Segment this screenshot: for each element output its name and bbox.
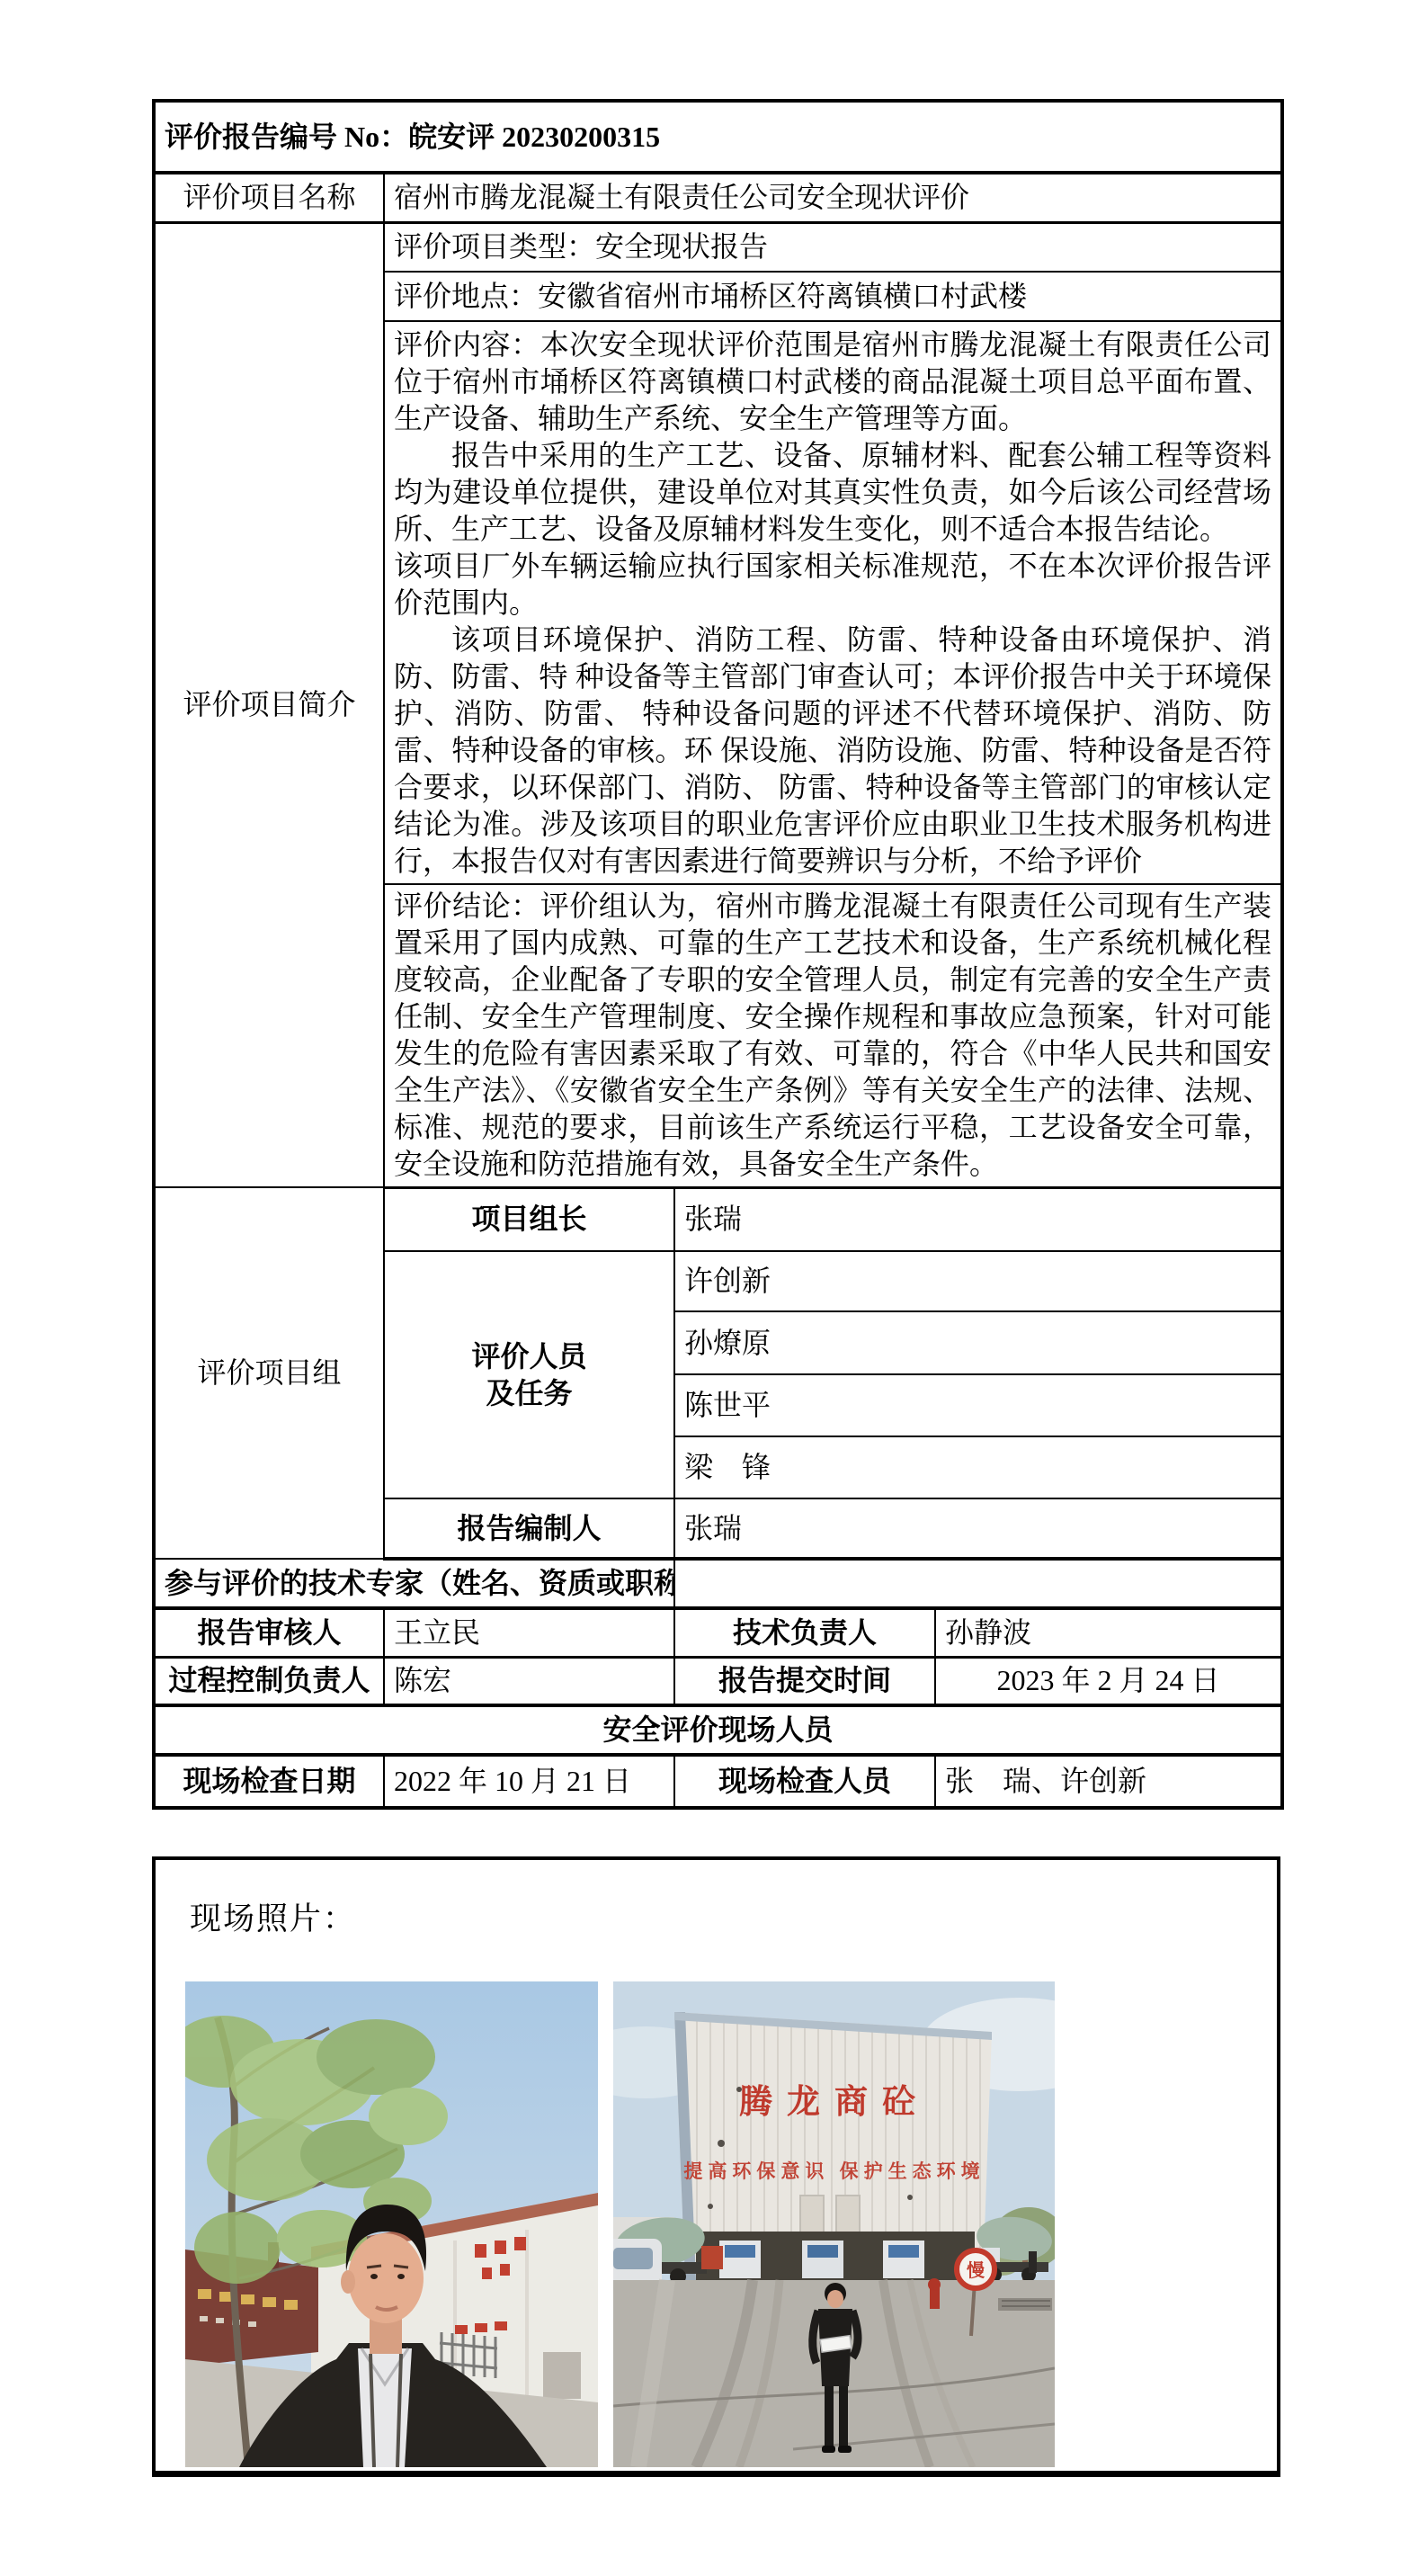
project-name-value: 宿州市腾龙混凝土有限责任公司安全现状评价 [384,173,1282,222]
process-control-label: 过程控制负责人 [154,1657,384,1705]
compiler-label: 报告编制人 [384,1498,674,1559]
inspectors-label: 现场检查人员 [674,1755,935,1808]
inspect-date-value: 2022 年 10 月 21 日 [384,1755,674,1808]
site-photos-section: 现场照片： [152,1856,1280,2477]
team-member-1: 许创新 [674,1251,1282,1311]
team-members-label-line1: 评价人员 [394,1338,664,1375]
compiler-value: 张瑞 [674,1498,1282,1559]
project-type-line: 评价项目类型：安全现状报告 [384,222,1282,272]
team-leader-value: 张瑞 [674,1187,1282,1251]
content-paragraph-3: 该项目厂外车辆运输应执行国家相关标准规范，不在本次评价报告评价范围内。 [394,548,1271,622]
team-label: 评价项目组 [154,1187,384,1559]
team-members-label-line2: 及任务 [394,1375,664,1412]
batching-plant-building: 腾龙商砼 提高环保意识 保护生态环境 [674,2012,992,2280]
distant-worker [1029,2251,1037,2273]
fire-hydrant [928,2278,941,2309]
conclusion-paragraph: 评价结论：评价组认为，宿州市腾龙混凝土有限责任公司现有生产装置采用了国内成熟、可… [394,888,1271,1183]
project-name-label: 评价项目名称 [154,173,384,222]
site-photos-row: 腾龙商砼 提高环保意识 保护生态环境 [185,1981,1055,2467]
intro-label: 评价项目简介 [154,222,384,1187]
evaluation-conclusion-cell: 评价结论：评价组认为，宿州市腾龙混凝土有限责任公司现有生产装置采用了国内成熟、可… [384,884,1282,1187]
experts-value [674,1559,1282,1608]
experts-label: 参与评价的技术专家（姓名、资质或职称） [154,1559,674,1608]
tech-lead-label: 技术负责人 [674,1608,935,1657]
content-paragraph-1: 评价内容：本次安全现状评价范围是宿州市腾龙混凝土有限责任公司位于宿州市埇桥区符离… [394,326,1271,437]
plant-sign-main-text: 腾龙商砼 [739,2083,930,2121]
tech-lead-value: 孙静波 [935,1608,1282,1657]
process-control-value: 陈宏 [384,1657,674,1705]
team-member-3: 陈世平 [674,1374,1282,1436]
site-team-header: 安全评价现场人员 [154,1705,1282,1755]
team-leader-label: 项目组长 [384,1187,674,1251]
trucks-in-bays [719,2241,924,2278]
team-member-2: 孙燎原 [674,1311,1282,1374]
photo-inspector-selfie [185,1981,598,2467]
reviewer-label: 报告审核人 [154,1608,384,1657]
evaluation-content-cell: 评价内容：本次安全现状评价范围是宿州市腾龙混凝土有限责任公司位于宿州市埇桥区符离… [384,321,1282,884]
inspectors-value: 张 瑞、许创新 [935,1755,1282,1808]
report-number-cell: 评价报告编号 No：皖安评 20230200315 [154,101,1282,173]
reviewer-value: 王立民 [384,1608,674,1657]
report-page: 评价报告编号 No：皖安评 20230200315 评价项目名称 宿州市腾龙混凝… [0,0,1427,2576]
slow-sign-text: 慢 [966,2259,985,2281]
project-location-line: 评价地点：安徽省宿州市埇桥区符离镇横口村武楼 [384,272,1282,321]
submit-time-value: 2023 年 2 月 24 日 [935,1657,1282,1705]
evaluation-report-table: 评价报告编号 No：皖安评 20230200315 评价项目名称 宿州市腾龙混凝… [152,99,1284,1810]
inspect-date-label: 现场检查日期 [154,1755,384,1808]
plant-sign-sub-text: 提高环保意识 保护生态环境 [683,2160,985,2182]
photo-plant-building: 腾龙商砼 提高环保意识 保护生态环境 [613,1981,1055,2467]
site-photos-label: 现场照片： [190,1894,356,1939]
submit-time-label: 报告提交时间 [674,1657,935,1705]
team-member-4: 梁 锋 [674,1436,1282,1498]
team-members-label: 评价人员 及任务 [384,1251,674,1498]
content-paragraph-4: 该项目环境保护、消防工程、防雷、特种设备由环境保护、消防、防雷、特 种设备等主管… [394,622,1271,880]
content-paragraph-2: 报告中采用的生产工艺、设备、原辅材料、配套公辅工程等资料均为建设单位提供，建设单… [394,437,1271,548]
